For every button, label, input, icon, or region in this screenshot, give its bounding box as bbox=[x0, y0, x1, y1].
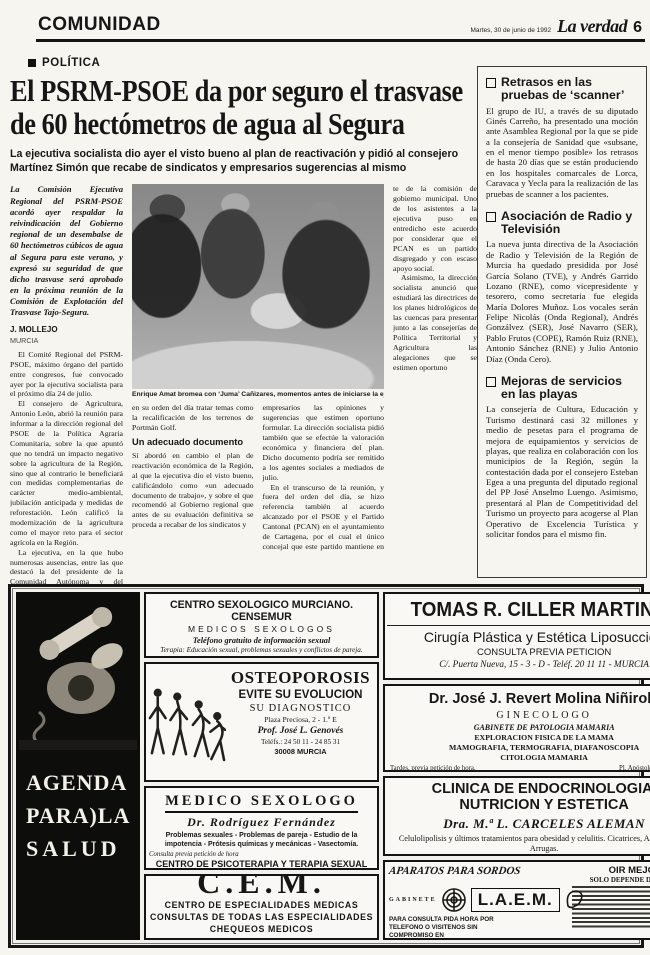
ad-line: EVITE SU EVOLUCION bbox=[226, 689, 375, 701]
brief-title: Retrasos en las pruebas de ‘scanner’ bbox=[501, 76, 638, 103]
ad-line: Cirugía Plástica y Estética Liposucción bbox=[387, 625, 650, 645]
ad-address: C/. Puerta Nueva, 15 - 3 - D - Teléf. 20… bbox=[387, 660, 650, 670]
photo-caption: Enrique Amat bromea con ‘Juma’ Cañizares… bbox=[132, 391, 384, 398]
paragraph: En el transcurso de la reunión, y fuera … bbox=[263, 483, 385, 552]
ad-medico-sexologo: MEDICO SEXOLOGO Dr. Rodríguez Fernández … bbox=[144, 786, 379, 870]
article-column-3: empresarios las opiniones y sugerencias … bbox=[263, 403, 385, 551]
paragraph: en su orden del día tratar temas como la… bbox=[132, 403, 254, 433]
fine-print-block bbox=[572, 886, 650, 930]
ad-title: CENTRO SEXOLOGICO MURCIANO. CENSEMUR bbox=[149, 599, 374, 623]
article-middle: Enrique Amat bromea con ‘Juma’ Cañizares… bbox=[132, 184, 384, 584]
news-briefs-sidebar: Retrasos en las pruebas de ‘scanner’ El … bbox=[477, 66, 647, 578]
brief-title-row: Asociación de Radio y Televisión bbox=[486, 210, 638, 237]
brief-title: Mejoras de servicios en las playas bbox=[501, 375, 638, 402]
article-subhead: La ejecutiva socialista dio ayer el vist… bbox=[10, 148, 472, 176]
brief-body: La consejería de Cultura, Educación y Tu… bbox=[486, 404, 638, 539]
ad-address: Pl. Apóstoles, 14. Tl. 217606 bbox=[619, 765, 650, 772]
below-photo-columns: en su orden del día tratar temas como la… bbox=[132, 403, 384, 551]
headline-line2: de 60 hectómetros de agua al Segura bbox=[10, 107, 407, 140]
laem-oir-block: OIR MEJOR SOLO DEPENDE DE USTED bbox=[571, 865, 650, 884]
ad-line: CHEQUEOS MEDICOS bbox=[148, 924, 375, 934]
ad-title: MEDICO SEXOLOGO bbox=[165, 793, 358, 813]
ad-line: CITOLOGIA MAMARIA bbox=[387, 753, 650, 762]
ad-phone: Teléfs.: 24 50 11 - 24 85 31 bbox=[226, 738, 375, 746]
paragraph: te de la comisión de gobierno municipal.… bbox=[393, 184, 477, 273]
article-lead: La Comisión Ejecutiva Regional del PSRM-… bbox=[10, 184, 123, 318]
agenda-salud-title: AGENDA PARA)LA SALUD bbox=[16, 750, 140, 865]
ad-services: Problemas sexuales - Problemas de pareja… bbox=[149, 832, 374, 850]
paragraph: Sí abordó en cambio el plan de reactivac… bbox=[132, 451, 254, 530]
byline-block: J. MOLLEJO MURCIA bbox=[10, 325, 123, 345]
ads-right-column: TOMAS R. CILLER MARTINEZ Cirugía Plástic… bbox=[383, 592, 650, 940]
ad-address: Plaza Preciosa, 2 - 1.º E bbox=[226, 715, 375, 724]
ad-city: 30008 MURCIA bbox=[226, 747, 375, 756]
header-rule bbox=[36, 39, 645, 42]
ad-endocrinologia: CLINICA DE ENDOCRINOLOGIA, NUTRICION Y E… bbox=[383, 776, 650, 856]
ad-doctor: Dra. M.ª L. CARCELES ALEMAN bbox=[388, 816, 650, 832]
agenda-word: AGENDA bbox=[26, 766, 132, 799]
ad-company-name: L.A.E.M. bbox=[471, 888, 560, 912]
ads-section: AGENDA PARA)LA SALUD CENTRO SEXOLOGICO M… bbox=[8, 584, 644, 948]
page-number: 6 bbox=[633, 19, 642, 37]
ads-middle-column: CENTRO SEXOLOGICO MURCIANO. CENSEMUR MED… bbox=[144, 592, 379, 940]
main-article: El PSRM-PSOE da por seguro el trasvase d… bbox=[10, 74, 477, 584]
ad-cta: PARA CONSULTA PIDA HORA POR TELEFONO O V… bbox=[389, 916, 509, 940]
ad-address: Ronda de Garay, 16 - Teléf. 23 93 34 bbox=[148, 937, 375, 940]
laem-logo-icon bbox=[441, 887, 467, 913]
masthead: La verdad bbox=[557, 16, 627, 37]
ad-ciller: TOMAS R. CILLER MARTINEZ Cirugía Plástic… bbox=[383, 592, 650, 680]
ad-line: EXPLORACION FISICA DE LA MAMA bbox=[387, 733, 650, 742]
header-right: Martes, 30 de junio de 1992 La verdad 6 bbox=[471, 16, 642, 37]
paragraph: El consejero de Agricultura, Antonio Leó… bbox=[10, 399, 123, 547]
brief-body: La nueva junta directiva de la Asociació… bbox=[486, 239, 638, 364]
agenda-word: PARA)LA bbox=[26, 799, 132, 832]
ad-censemur: CENTRO SEXOLOGICO MURCIANO. CENSEMUR MED… bbox=[144, 592, 379, 658]
brief-playas: Mejoras de servicios en las playas La co… bbox=[486, 375, 638, 539]
brief-scanner: Retrasos en las pruebas de ‘scanner’ El … bbox=[486, 76, 638, 199]
ad-footer-row: Tardes, previa petición de hora. Pl. Apó… bbox=[387, 765, 650, 772]
ad-line: SU DIAGNOSTICO bbox=[226, 703, 375, 714]
ad-title: Dr. José J. Revert Molina Niñirola bbox=[392, 690, 650, 707]
ad-line: CENTRO DE ESPECIALIDADES MEDICAS bbox=[148, 900, 375, 910]
ad-title: TOMAS R. CILLER MARTINEZ bbox=[396, 599, 650, 622]
ad-title: OSTEOPOROSIS bbox=[226, 668, 375, 688]
byline-author: J. MOLLEJO bbox=[10, 325, 123, 335]
crosshead: Un adecuado documento bbox=[132, 437, 254, 449]
newspaper-page: { "header": { "section": "COMUNIDAD", "d… bbox=[0, 0, 650, 955]
paragraph: Asimismo, la dirección socialista anunci… bbox=[393, 273, 477, 372]
ad-title: CLINICA DE ENDOCRINOLOGIA, bbox=[388, 782, 650, 798]
ad-gabinete-label: GABINETE bbox=[389, 897, 437, 903]
kicker-label: POLÍTICA bbox=[42, 57, 100, 69]
agenda-word: SALUD bbox=[26, 832, 132, 865]
paragraph: El Comité Regional del PSRM-PSOE, máximo… bbox=[10, 350, 123, 399]
article-photo bbox=[132, 184, 384, 389]
checkbox-square-icon bbox=[486, 377, 496, 387]
ad-laem: APARATOS PARA SORDOS OIR MEJOR SOLO DEPE… bbox=[383, 860, 650, 940]
section-title: COMUNIDAD bbox=[38, 14, 161, 36]
edition-date: Martes, 30 de junio de 1992 bbox=[471, 27, 552, 34]
ad-cem: C.E.M. CENTRO DE ESPECIALIDADES MEDICAS … bbox=[144, 874, 379, 940]
article-column-4: te de la comisión de gobierno municipal.… bbox=[393, 184, 477, 556]
ad-line: CONSULTA PREVIA PETICION bbox=[387, 647, 650, 658]
article-column-1: La Comisión Ejecutiva Regional del PSRM-… bbox=[10, 184, 123, 584]
ad-address: JAIME I, 2 - 1.º C. Teléfono 236510. MUR… bbox=[149, 870, 374, 871]
ad-note: Consulta previa petición de hora bbox=[149, 851, 374, 858]
paragraph: La ejecutiva, en la que hubo numerosas a… bbox=[10, 548, 123, 585]
article-column-2: en su orden del día tratar temas como la… bbox=[132, 403, 254, 551]
ad-services: Celulolipolisis y últimos tratamientos p… bbox=[388, 834, 650, 854]
checkbox-square-icon bbox=[486, 78, 496, 88]
brief-title-row: Mejoras de servicios en las playas bbox=[486, 375, 638, 402]
ad-revert: Dr. José J. Revert Molina Niñirola GINEC… bbox=[383, 684, 650, 772]
ad-osteoporosis: OSTEOPOROSIS EVITE SU EVOLUCION SU DIAGN… bbox=[144, 662, 379, 782]
brief-title-row: Retrasos en las pruebas de ‘scanner’ bbox=[486, 76, 638, 103]
ad-line: CONSULTAS DE TODAS LAS ESPECIALIDADES bbox=[148, 912, 375, 922]
checkbox-square-icon bbox=[486, 212, 496, 222]
brief-title: Asociación de Radio y Televisión bbox=[501, 210, 638, 237]
kicker-politica: POLÍTICA bbox=[28, 57, 100, 69]
ad-doctor: Dr. Rodríguez Fernández bbox=[149, 815, 374, 830]
laem-top-row: APARATOS PARA SORDOS OIR MEJOR SOLO DEPE… bbox=[389, 865, 650, 884]
paragraph: empresarios las opiniones y sugerencias … bbox=[263, 403, 385, 482]
ad-slogan: OIR MEJOR bbox=[571, 865, 650, 876]
ad-subtitle: MEDICOS SEXOLOGOS bbox=[149, 624, 374, 634]
ad-center-name: CENTRO DE PSICOTERAPIA Y TERAPIA SEXUAL bbox=[149, 859, 374, 869]
ad-line: Teléfono gratuito de información sexual bbox=[149, 636, 374, 645]
ad-line: Terapia: Educación sexual, problemas sex… bbox=[149, 646, 374, 654]
agenda-salud-panel: AGENDA PARA)LA SALUD bbox=[16, 592, 140, 940]
ad-line: GINECOLOGO bbox=[387, 710, 650, 721]
ad-line: GABINETE DE PATOLOGIA MAMARIA bbox=[387, 723, 650, 732]
article-body: La Comisión Ejecutiva Regional del PSRM-… bbox=[10, 184, 477, 584]
ad-slogan-sub: SOLO DEPENDE DE USTED bbox=[571, 876, 650, 884]
ad-line: MAMOGRAFIA, TERMOGRAFIA, DIAFANOSCOPIA bbox=[387, 743, 650, 752]
square-bullet-icon bbox=[28, 59, 36, 67]
byline-dateline: MURCIA bbox=[10, 336, 123, 345]
stooping-figures-art bbox=[148, 668, 226, 776]
ad-osteo-text: OSTEOPOROSIS EVITE SU EVOLUCION SU DIAGN… bbox=[226, 668, 375, 776]
brief-body: El grupo de IU, a través de su diputado … bbox=[486, 106, 638, 199]
ad-address: NUEVA DIRECCION: Plaza de San Julián, 5-… bbox=[149, 656, 374, 658]
ad-title: NUTRICION Y ESTETICA bbox=[388, 798, 650, 814]
ad-title: APARATOS PARA SORDOS bbox=[388, 865, 521, 877]
telephone-hand-art bbox=[16, 592, 140, 750]
ad-doctor: Prof. José L. Genovés bbox=[226, 726, 375, 736]
headline-line1: El PSRM-PSOE da por seguro el trasvase bbox=[10, 74, 407, 107]
ad-note: Tardes, previa petición de hora. bbox=[390, 765, 476, 772]
brief-radio-tv: Asociación de Radio y Televisión La nuev… bbox=[486, 210, 638, 364]
ad-title: C.E.M. bbox=[148, 874, 375, 898]
